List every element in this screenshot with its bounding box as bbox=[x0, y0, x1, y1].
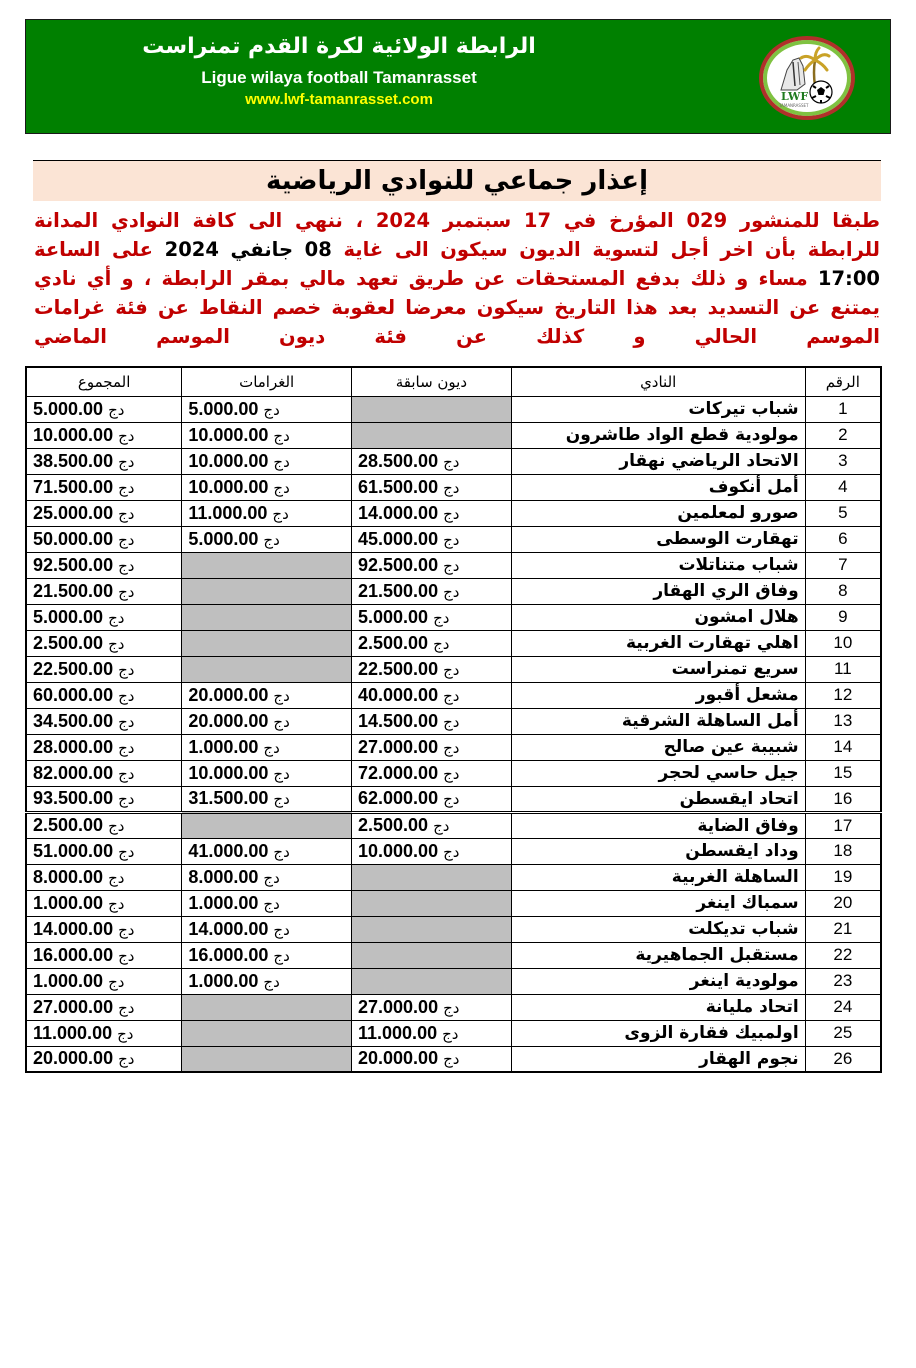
club-name: شباب متناتلات bbox=[511, 552, 805, 578]
total-cell-value: 93.500.00 bbox=[33, 788, 113, 808]
fines-cell-value: 10.000.00 bbox=[188, 477, 268, 497]
fines-cell: 31.500.00 دج bbox=[182, 786, 352, 812]
table-row: 3الاتحاد الرياضي نهقار28.500.00 دج10.000… bbox=[26, 448, 881, 474]
previous-debts-cell-value: 2.500.00 bbox=[358, 815, 428, 835]
club-name: مستقبل الجماهيرية bbox=[511, 942, 805, 968]
currency-label: دج bbox=[443, 1050, 459, 1068]
total-cell-value: 11.000.00 bbox=[33, 1023, 112, 1043]
club-name: الساهلة الغربية bbox=[511, 864, 805, 890]
total-cell-value: 82.000.00 bbox=[33, 763, 113, 783]
total-cell: 25.000.00 دج bbox=[26, 500, 182, 526]
header-fines: الغرامات bbox=[182, 367, 352, 396]
row-number: 5 bbox=[805, 500, 881, 526]
total-cell-value: 2.500.00 bbox=[33, 815, 103, 835]
currency-label: دج bbox=[118, 1050, 134, 1068]
previous-debts-cell: 61.500.00 دج bbox=[352, 474, 512, 500]
currency-label: دج bbox=[118, 947, 134, 965]
currency-label: دج bbox=[433, 817, 449, 835]
currency-label: دج bbox=[443, 999, 459, 1017]
previous-debts-cell-value: 2.500.00 bbox=[358, 633, 428, 653]
club-name: وفاق الضاية bbox=[511, 812, 805, 838]
fines-cell bbox=[182, 630, 352, 656]
league-name-french: Ligue wilaya football Tamanrasset bbox=[0, 68, 772, 88]
total-cell-value: 1.000.00 bbox=[33, 971, 103, 991]
table-row: 20سمباك اينغر1.000.00 دج1.000.00 دج bbox=[26, 890, 881, 916]
header-num: الرقم bbox=[805, 367, 881, 396]
currency-label: دج bbox=[108, 609, 124, 627]
table-row: 13أمل الساهلة الشرقية14.500.00 دج20.000.… bbox=[26, 708, 881, 734]
fines-cell-value: 41.000.00 bbox=[188, 841, 268, 861]
table-header-row: الرقم النادي ديون سابقة الغرامات المجموع bbox=[26, 367, 881, 396]
previous-debts-cell: 40.000.00 دج bbox=[352, 682, 512, 708]
row-number: 6 bbox=[805, 526, 881, 552]
fines-cell bbox=[182, 604, 352, 630]
currency-label: دج bbox=[108, 869, 124, 887]
currency-label: دج bbox=[273, 713, 289, 731]
currency-label: دج bbox=[118, 765, 134, 783]
total-cell-value: 22.500.00 bbox=[33, 659, 113, 679]
currency-label: دج bbox=[443, 765, 459, 783]
currency-label: دج bbox=[108, 817, 124, 835]
fines-cell: 1.000.00 دج bbox=[182, 968, 352, 994]
fines-cell: 41.000.00 دج bbox=[182, 838, 352, 864]
club-name: وداد ايقسطن bbox=[511, 838, 805, 864]
row-number: 4 bbox=[805, 474, 881, 500]
club-name: تهقارت الوسطى bbox=[511, 526, 805, 552]
fines-cell bbox=[182, 552, 352, 578]
club-debts-table: الرقم النادي ديون سابقة الغرامات المجموع… bbox=[25, 366, 882, 1073]
previous-debts-cell-value: 11.000.00 bbox=[358, 1023, 437, 1043]
row-number: 11 bbox=[805, 656, 881, 682]
club-name: شبيبة عين صالح bbox=[511, 734, 805, 760]
total-cell: 5.000.00 دج bbox=[26, 396, 182, 422]
row-number: 20 bbox=[805, 890, 881, 916]
table-body: 1شباب تيركات5.000.00 دج5.000.00 دج2مولود… bbox=[26, 396, 881, 1072]
row-number: 16 bbox=[805, 786, 881, 812]
currency-label: دج bbox=[118, 713, 134, 731]
club-name: أمل أنكوف bbox=[511, 474, 805, 500]
previous-debts-cell: 27.000.00 دج bbox=[352, 994, 512, 1020]
table-row: 8وفاق الري الهقار21.500.00 دج21.500.00 د… bbox=[26, 578, 881, 604]
previous-debts-cell: 21.500.00 دج bbox=[352, 578, 512, 604]
table-row: 23مولودية اينغر1.000.00 دج1.000.00 دج bbox=[26, 968, 881, 994]
header-previous-debts: ديون سابقة bbox=[352, 367, 512, 396]
currency-label: دج bbox=[273, 790, 289, 808]
total-cell: 21.500.00 دج bbox=[26, 578, 182, 604]
previous-debts-cell: 2.500.00 دج bbox=[352, 812, 512, 838]
fines-cell-value: 10.000.00 bbox=[188, 425, 268, 445]
currency-label: دج bbox=[443, 453, 459, 471]
club-name: جيل حاسي لحجر bbox=[511, 760, 805, 786]
currency-label: دج bbox=[433, 635, 449, 653]
fines-cell: 10.000.00 دج bbox=[182, 760, 352, 786]
currency-label: دج bbox=[118, 453, 134, 471]
total-cell-value: 2.500.00 bbox=[33, 633, 103, 653]
table-row: 22مستقبل الجماهيرية16.000.00 دج16.000.00… bbox=[26, 942, 881, 968]
currency-label: دج bbox=[263, 973, 279, 991]
row-number: 22 bbox=[805, 942, 881, 968]
club-name: مولودية اينغر bbox=[511, 968, 805, 994]
currency-label: دج bbox=[263, 401, 279, 419]
club-name: الاتحاد الرياضي نهقار bbox=[511, 448, 805, 474]
previous-debts-cell: 27.000.00 دج bbox=[352, 734, 512, 760]
total-cell-value: 51.000.00 bbox=[33, 841, 113, 861]
fines-cell-value: 10.000.00 bbox=[188, 451, 268, 471]
fines-cell-value: 31.500.00 bbox=[188, 788, 268, 808]
club-name: أمل الساهلة الشرقية bbox=[511, 708, 805, 734]
fines-cell bbox=[182, 1046, 352, 1072]
previous-debts-cell-value: 20.000.00 bbox=[358, 1048, 438, 1068]
total-cell-value: 20.000.00 bbox=[33, 1048, 113, 1068]
header-club: النادي bbox=[511, 367, 805, 396]
currency-label: دج bbox=[118, 661, 134, 679]
currency-label: دج bbox=[443, 557, 459, 575]
currency-label: دج bbox=[118, 479, 134, 497]
fines-cell-value: 14.000.00 bbox=[188, 919, 268, 939]
fines-cell-value: 20.000.00 bbox=[188, 711, 268, 731]
currency-label: دج bbox=[273, 427, 289, 445]
club-name: سريع تمنراست bbox=[511, 656, 805, 682]
row-number: 19 bbox=[805, 864, 881, 890]
currency-label: دج bbox=[118, 999, 134, 1017]
currency-label: دج bbox=[272, 505, 288, 523]
currency-label: دج bbox=[443, 661, 459, 679]
table-row: 17وفاق الضاية2.500.00 دج2.500.00 دج bbox=[26, 812, 881, 838]
table-row: 2مولودية قطع الواد طاشرون10.000.00 دج10.… bbox=[26, 422, 881, 448]
club-name: شباب تيركات bbox=[511, 396, 805, 422]
currency-label: دج bbox=[433, 609, 449, 627]
table-row: 16اتحاد ايقسطن62.000.00 دج31.500.00 دج93… bbox=[26, 786, 881, 812]
fines-cell: 10.000.00 دج bbox=[182, 448, 352, 474]
currency-label: دج bbox=[443, 531, 459, 549]
total-cell: 51.000.00 دج bbox=[26, 838, 182, 864]
previous-debts-cell-value: 72.000.00 bbox=[358, 763, 438, 783]
club-name: نجوم الهقار bbox=[511, 1046, 805, 1072]
row-number: 23 bbox=[805, 968, 881, 994]
row-number: 1 bbox=[805, 396, 881, 422]
club-name: اولمبيك فقارة الزوى bbox=[511, 1020, 805, 1046]
document-title: إعذار جماعي للنوادي الرياضية bbox=[33, 161, 881, 201]
table-row: 12مشعل أقبور40.000.00 دج20.000.00 دج60.0… bbox=[26, 682, 881, 708]
total-cell-value: 8.000.00 bbox=[33, 867, 103, 887]
league-website-link[interactable]: www.lwf-tamanrasset.com bbox=[0, 91, 772, 108]
club-name: شباب تديكلت bbox=[511, 916, 805, 942]
previous-debts-cell-value: 62.000.00 bbox=[358, 788, 438, 808]
total-cell: 2.500.00 دج bbox=[26, 812, 182, 838]
previous-debts-cell bbox=[352, 968, 512, 994]
row-number: 21 bbox=[805, 916, 881, 942]
previous-debts-cell bbox=[352, 396, 512, 422]
table-row: 7شباب متناتلات92.500.00 دج92.500.00 دج bbox=[26, 552, 881, 578]
club-name: اتحاد مليانة bbox=[511, 994, 805, 1020]
previous-debts-cell bbox=[352, 864, 512, 890]
notice-part-conditions: مساء و ذلك بدفع المستحقات عن طريق تعهد م… bbox=[34, 267, 880, 348]
currency-label: دج bbox=[118, 427, 134, 445]
currency-label: دج bbox=[273, 921, 289, 939]
club-name: اهلي تهقارت الغربية bbox=[511, 630, 805, 656]
total-cell-value: 27.000.00 bbox=[33, 997, 113, 1017]
table-row: 25اولمبيك فقارة الزوى11.000.00 دج11.000.… bbox=[26, 1020, 881, 1046]
table-row: 10اهلي تهقارت الغربية2.500.00 دج2.500.00… bbox=[26, 630, 881, 656]
total-cell: 93.500.00 دج bbox=[26, 786, 182, 812]
currency-label: دج bbox=[118, 790, 134, 808]
currency-label: دج bbox=[118, 921, 134, 939]
table-row: 4أمل أنكوف61.500.00 دج10.000.00 دج71.500… bbox=[26, 474, 881, 500]
total-cell: 1.000.00 دج bbox=[26, 968, 182, 994]
total-cell: 71.500.00 دج bbox=[26, 474, 182, 500]
fines-cell bbox=[182, 1020, 352, 1046]
total-cell: 20.000.00 دج bbox=[26, 1046, 182, 1072]
club-name: اتحاد ايقسطن bbox=[511, 786, 805, 812]
total-cell-value: 50.000.00 bbox=[33, 529, 113, 549]
fines-cell: 8.000.00 دج bbox=[182, 864, 352, 890]
table-row: 5صورو لمعلمين14.000.00 دج11.000.00 دج25.… bbox=[26, 500, 881, 526]
previous-debts-cell: 62.000.00 دج bbox=[352, 786, 512, 812]
fines-cell bbox=[182, 578, 352, 604]
total-cell: 60.000.00 دج bbox=[26, 682, 182, 708]
club-name: مشعل أقبور bbox=[511, 682, 805, 708]
fines-cell-value: 1.000.00 bbox=[188, 893, 258, 913]
previous-debts-cell bbox=[352, 942, 512, 968]
previous-debts-cell-value: 14.000.00 bbox=[358, 503, 438, 523]
fines-cell-value: 16.000.00 bbox=[188, 945, 268, 965]
row-number: 13 bbox=[805, 708, 881, 734]
currency-label: دج bbox=[443, 790, 459, 808]
club-name: سمباك اينغر bbox=[511, 890, 805, 916]
total-cell-value: 25.000.00 bbox=[33, 503, 113, 523]
fines-cell: 20.000.00 دج bbox=[182, 708, 352, 734]
previous-debts-cell-value: 40.000.00 bbox=[358, 685, 438, 705]
currency-label: دج bbox=[118, 531, 134, 549]
total-cell: 22.500.00 دج bbox=[26, 656, 182, 682]
row-number: 17 bbox=[805, 812, 881, 838]
previous-debts-cell-value: 28.500.00 bbox=[358, 451, 438, 471]
row-number: 2 bbox=[805, 422, 881, 448]
currency-label: دج bbox=[117, 1025, 133, 1043]
fines-cell-value: 10.000.00 bbox=[188, 763, 268, 783]
club-name: صورو لمعلمين bbox=[511, 500, 805, 526]
table-row: 19الساهلة الغربية8.000.00 دج8.000.00 دج bbox=[26, 864, 881, 890]
previous-debts-cell-value: 45.000.00 bbox=[358, 529, 438, 549]
fines-cell: 20.000.00 دج bbox=[182, 682, 352, 708]
row-number: 25 bbox=[805, 1020, 881, 1046]
fines-cell-value: 8.000.00 bbox=[188, 867, 258, 887]
fines-cell: 5.000.00 دج bbox=[182, 526, 352, 552]
previous-debts-cell: 2.500.00 دج bbox=[352, 630, 512, 656]
fines-cell-value: 1.000.00 bbox=[188, 971, 258, 991]
total-cell: 8.000.00 دج bbox=[26, 864, 182, 890]
currency-label: دج bbox=[273, 947, 289, 965]
fines-cell bbox=[182, 812, 352, 838]
currency-label: دج bbox=[443, 843, 459, 861]
total-cell-value: 16.000.00 bbox=[33, 945, 113, 965]
total-cell-value: 34.500.00 bbox=[33, 711, 113, 731]
fines-cell: 5.000.00 دج bbox=[182, 396, 352, 422]
currency-label: دج bbox=[273, 453, 289, 471]
fines-cell: 16.000.00 دج bbox=[182, 942, 352, 968]
fines-cell: 1.000.00 دج bbox=[182, 734, 352, 760]
row-number: 24 bbox=[805, 994, 881, 1020]
club-name: وفاق الري الهقار bbox=[511, 578, 805, 604]
currency-label: دج bbox=[442, 1025, 458, 1043]
svg-text:TAMANRASSET: TAMANRASSET bbox=[778, 103, 809, 108]
total-cell-value: 28.000.00 bbox=[33, 737, 113, 757]
notice-paragraph: طبقا للمنشور 029 المؤرخ في 17 سبتمبر 202… bbox=[34, 206, 880, 351]
previous-debts-cell bbox=[352, 422, 512, 448]
currency-label: دج bbox=[108, 401, 124, 419]
fines-cell: 11.000.00 دج bbox=[182, 500, 352, 526]
league-header-banner: الرابطة الولائية لكرة القدم تمنراست Ligu… bbox=[25, 19, 891, 134]
notice-deadline-date: 08 جانفي 2024 bbox=[165, 238, 332, 261]
currency-label: دج bbox=[443, 739, 459, 757]
previous-debts-cell-value: 5.000.00 bbox=[358, 607, 428, 627]
total-cell-value: 60.000.00 bbox=[33, 685, 113, 705]
total-cell: 34.500.00 دج bbox=[26, 708, 182, 734]
previous-debts-cell: 92.500.00 دج bbox=[352, 552, 512, 578]
currency-label: دج bbox=[273, 479, 289, 497]
currency-label: دج bbox=[118, 583, 134, 601]
row-number: 7 bbox=[805, 552, 881, 578]
total-cell-value: 14.000.00 bbox=[33, 919, 113, 939]
fines-cell: 14.000.00 دج bbox=[182, 916, 352, 942]
notice-deadline-time: 17:00 bbox=[818, 267, 880, 290]
total-cell: 1.000.00 دج bbox=[26, 890, 182, 916]
fines-cell-value: 5.000.00 bbox=[188, 529, 258, 549]
total-cell-value: 21.500.00 bbox=[33, 581, 113, 601]
total-cell: 50.000.00 دج bbox=[26, 526, 182, 552]
total-cell-value: 5.000.00 bbox=[33, 399, 103, 419]
table-row: 6تهقارت الوسطى45.000.00 دج5.000.00 دج50.… bbox=[26, 526, 881, 552]
currency-label: دج bbox=[118, 557, 134, 575]
total-cell: 92.500.00 دج bbox=[26, 552, 182, 578]
table-row: 1شباب تيركات5.000.00 دج5.000.00 دج bbox=[26, 396, 881, 422]
fines-cell-value: 20.000.00 bbox=[188, 685, 268, 705]
notice-part-time-label: على الساعة bbox=[34, 238, 165, 261]
row-number: 15 bbox=[805, 760, 881, 786]
table-row: 14شبيبة عين صالح27.000.00 دج1.000.00 دج2… bbox=[26, 734, 881, 760]
row-number: 18 bbox=[805, 838, 881, 864]
previous-debts-cell-value: 10.000.00 bbox=[358, 841, 438, 861]
table-row: 9هلال امشون5.000.00 دج5.000.00 دج bbox=[26, 604, 881, 630]
header-total: المجموع bbox=[26, 367, 182, 396]
svg-text:LWF: LWF bbox=[781, 90, 808, 103]
club-name: مولودية قطع الواد طاشرون bbox=[511, 422, 805, 448]
previous-debts-cell: 28.500.00 دج bbox=[352, 448, 512, 474]
fines-cell-value: 11.000.00 bbox=[188, 503, 267, 523]
table-row: 15جيل حاسي لحجر72.000.00 دج10.000.00 دج8… bbox=[26, 760, 881, 786]
total-cell: 16.000.00 دج bbox=[26, 942, 182, 968]
previous-debts-cell-value: 27.000.00 bbox=[358, 737, 438, 757]
row-number: 3 bbox=[805, 448, 881, 474]
previous-debts-cell: 10.000.00 دج bbox=[352, 838, 512, 864]
total-cell: 38.500.00 دج bbox=[26, 448, 182, 474]
currency-label: دج bbox=[108, 635, 124, 653]
previous-debts-cell: 14.000.00 دج bbox=[352, 500, 512, 526]
currency-label: دج bbox=[263, 531, 279, 549]
league-name-arabic: الرابطة الولائية لكرة القدم تمنراست bbox=[0, 34, 772, 59]
table-row: 21شباب تديكلت14.000.00 دج14.000.00 دج bbox=[26, 916, 881, 942]
total-cell-value: 38.500.00 bbox=[33, 451, 113, 471]
previous-debts-cell bbox=[352, 916, 512, 942]
total-cell: 11.000.00 دج bbox=[26, 1020, 182, 1046]
logo-emblem-icon: LWF TAMANRASSET bbox=[763, 40, 851, 116]
total-cell: 2.500.00 دج bbox=[26, 630, 182, 656]
previous-debts-cell: 45.000.00 دج bbox=[352, 526, 512, 552]
total-cell-value: 10.000.00 bbox=[33, 425, 113, 445]
previous-debts-cell: 22.500.00 دج bbox=[352, 656, 512, 682]
total-cell-value: 92.500.00 bbox=[33, 555, 113, 575]
currency-label: دج bbox=[443, 479, 459, 497]
currency-label: دج bbox=[263, 739, 279, 757]
league-logo: LWF TAMANRASSET bbox=[759, 36, 855, 120]
fines-cell bbox=[182, 994, 352, 1020]
currency-label: دج bbox=[443, 505, 459, 523]
currency-label: دج bbox=[118, 739, 134, 757]
currency-label: دج bbox=[273, 843, 289, 861]
total-cell: 14.000.00 دج bbox=[26, 916, 182, 942]
fines-cell: 1.000.00 دج bbox=[182, 890, 352, 916]
total-cell: 27.000.00 دج bbox=[26, 994, 182, 1020]
table-row: 24اتحاد مليانة27.000.00 دج27.000.00 دج bbox=[26, 994, 881, 1020]
previous-debts-cell bbox=[352, 890, 512, 916]
previous-debts-cell: 14.500.00 دج bbox=[352, 708, 512, 734]
previous-debts-cell-value: 92.500.00 bbox=[358, 555, 438, 575]
currency-label: دج bbox=[118, 843, 134, 861]
previous-debts-cell: 20.000.00 دج bbox=[352, 1046, 512, 1072]
table-row: 26نجوم الهقار20.000.00 دج20.000.00 دج bbox=[26, 1046, 881, 1072]
total-cell-value: 1.000.00 bbox=[33, 893, 103, 913]
previous-debts-cell: 5.000.00 دج bbox=[352, 604, 512, 630]
fines-cell bbox=[182, 656, 352, 682]
table-row: 11سريع تمنراست22.500.00 دج22.500.00 دج bbox=[26, 656, 881, 682]
club-name: هلال امشون bbox=[511, 604, 805, 630]
currency-label: دج bbox=[443, 713, 459, 731]
currency-label: دج bbox=[108, 973, 124, 991]
fines-cell-value: 1.000.00 bbox=[188, 737, 258, 757]
total-cell: 28.000.00 دج bbox=[26, 734, 182, 760]
row-number: 26 bbox=[805, 1046, 881, 1072]
currency-label: دج bbox=[263, 869, 279, 887]
previous-debts-cell: 72.000.00 دج bbox=[352, 760, 512, 786]
fines-cell: 10.000.00 دج bbox=[182, 422, 352, 448]
total-cell: 5.000.00 دج bbox=[26, 604, 182, 630]
currency-label: دج bbox=[108, 895, 124, 913]
row-number: 8 bbox=[805, 578, 881, 604]
total-cell: 10.000.00 دج bbox=[26, 422, 182, 448]
row-number: 12 bbox=[805, 682, 881, 708]
table-row: 18وداد ايقسطن10.000.00 دج41.000.00 دج51.… bbox=[26, 838, 881, 864]
fines-cell: 10.000.00 دج bbox=[182, 474, 352, 500]
previous-debts-cell-value: 27.000.00 bbox=[358, 997, 438, 1017]
previous-debts-cell: 11.000.00 دج bbox=[352, 1020, 512, 1046]
currency-label: دج bbox=[273, 687, 289, 705]
row-number: 10 bbox=[805, 630, 881, 656]
previous-debts-cell-value: 61.500.00 bbox=[358, 477, 438, 497]
row-number: 14 bbox=[805, 734, 881, 760]
row-number: 9 bbox=[805, 604, 881, 630]
currency-label: دج bbox=[273, 765, 289, 783]
currency-label: دج bbox=[443, 583, 459, 601]
previous-debts-cell-value: 14.500.00 bbox=[358, 711, 438, 731]
total-cell-value: 5.000.00 bbox=[33, 607, 103, 627]
currency-label: دج bbox=[118, 687, 134, 705]
currency-label: دج bbox=[118, 505, 134, 523]
currency-label: دج bbox=[263, 895, 279, 913]
previous-debts-cell-value: 22.500.00 bbox=[358, 659, 438, 679]
fines-cell-value: 5.000.00 bbox=[188, 399, 258, 419]
total-cell-value: 71.500.00 bbox=[33, 477, 113, 497]
previous-debts-cell-value: 21.500.00 bbox=[358, 581, 438, 601]
